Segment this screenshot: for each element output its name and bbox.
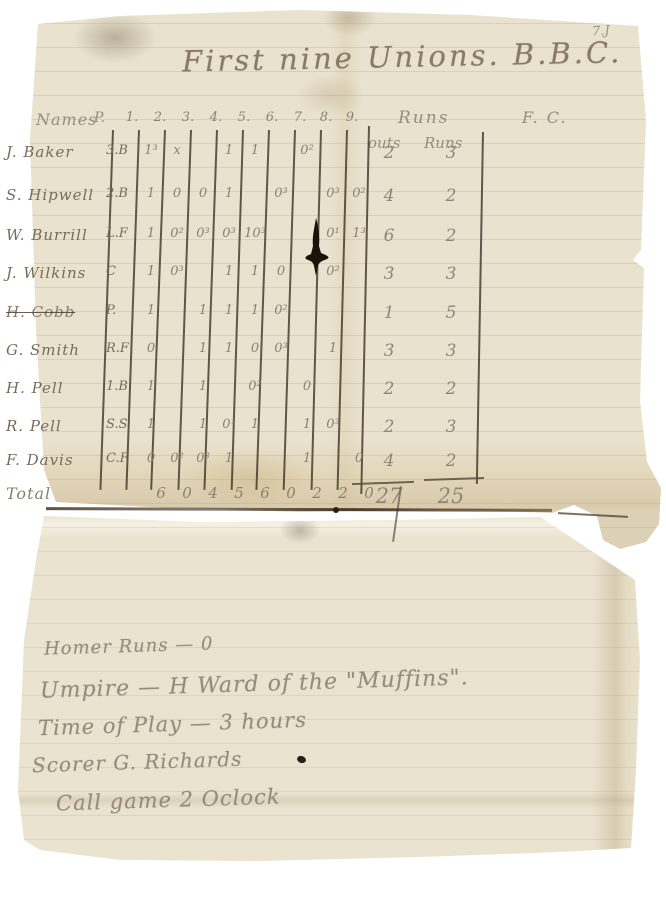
totals-label: Total xyxy=(6,484,106,503)
outs-value: 2 xyxy=(366,143,412,163)
inning-mark: 0² xyxy=(242,379,268,394)
inning-total: 2 xyxy=(330,484,356,502)
ink-dot xyxy=(333,507,339,513)
outs-value: 4 xyxy=(366,451,412,471)
total-runs: 25 xyxy=(426,484,476,508)
player-position: R.F xyxy=(106,341,140,356)
inning-mark: 1 xyxy=(216,143,242,158)
inning-mark: 1 xyxy=(242,417,268,432)
inning-mark: 0³ xyxy=(216,226,242,241)
runs-value: 2 xyxy=(426,379,476,399)
player-name: F. Davis xyxy=(6,451,106,469)
total-outs: 27 xyxy=(366,484,412,508)
inning-mark: 0² xyxy=(164,226,190,241)
runs-value: 3 xyxy=(426,264,476,284)
inning-mark: 1 xyxy=(242,264,268,279)
inning-mark: 1 xyxy=(294,451,320,466)
inning-mark: 1 xyxy=(216,186,242,201)
table-row: F. Davis C.F 0 0² 0³ 1 1 0 4 2 xyxy=(0,451,666,481)
inning-mark: 1 xyxy=(216,264,242,279)
header-names: Names xyxy=(36,110,97,129)
table-row: H. Pell 1.B 1 1 0² 0 2 2 xyxy=(0,379,666,409)
inning-mark: 1 xyxy=(138,417,164,432)
inning-mark: 0 xyxy=(164,186,190,201)
outs-value: 6 xyxy=(366,226,412,246)
header-inning-2: 2. xyxy=(146,110,174,125)
player-position: P. xyxy=(106,303,140,318)
runs-value: 5 xyxy=(426,303,476,323)
runs-value: 2 xyxy=(426,226,476,246)
inning-mark: 0³ xyxy=(268,341,294,356)
runs-value: 2 xyxy=(426,451,476,471)
runs-value: 3 xyxy=(426,143,476,163)
header-inning-9: 9. xyxy=(338,110,366,125)
header-inning-7: 7. xyxy=(286,110,314,125)
inning-total: 6 xyxy=(148,484,174,502)
player-position: S.S xyxy=(106,417,140,432)
runs-value: 3 xyxy=(426,341,476,361)
inning-mark: 0² xyxy=(294,143,320,158)
inning-mark: 1 xyxy=(216,341,242,356)
player-name: J. Wilkins xyxy=(6,264,106,282)
player-name: W. Burrill xyxy=(6,226,106,244)
header-position: P. xyxy=(94,110,105,126)
scoresheet-photo: 7.J First nine Unions. B.B.C. Names P. 1… xyxy=(0,0,666,900)
inning-mark: 0 xyxy=(268,264,294,279)
outs-value: 3 xyxy=(366,341,412,361)
table-row: G. Smith R.F 0 1 1 0 0³ 1 3 3 xyxy=(0,341,666,371)
outs-value: 3 xyxy=(366,264,412,284)
player-name: J. Baker xyxy=(6,143,106,161)
player-name: G. Smith xyxy=(6,341,106,359)
inning-mark: 1 xyxy=(138,303,164,318)
inning-mark: 0³ xyxy=(190,451,216,466)
inning-mark: 1 xyxy=(190,303,216,318)
player-position: C xyxy=(106,264,140,279)
ink-blot xyxy=(302,216,332,278)
header-inning-4: 4. xyxy=(202,110,230,125)
inning-mark: 1 xyxy=(190,379,216,394)
inning-mark: 0³ xyxy=(320,417,346,432)
inning-mark: 1³ xyxy=(138,143,164,158)
table-row: J. Baker 3.B 1³ x 1 1 0² 2 3 xyxy=(0,143,666,173)
player-name: H. Pell xyxy=(6,379,106,397)
table-row: R. Pell S.S 1 1 0¹ 1 1 0³ 2 3 xyxy=(0,417,666,447)
player-position: 1.B xyxy=(106,379,140,394)
outs-value: 4 xyxy=(366,186,412,206)
inning-mark: 0² xyxy=(268,303,294,318)
inning-mark: 0³ xyxy=(268,186,294,201)
player-name: R. Pell xyxy=(6,417,106,435)
inning-total: 0 xyxy=(278,484,304,502)
outs-value: 2 xyxy=(366,417,412,437)
inning-total: 2 xyxy=(304,484,330,502)
inning-mark: 1 xyxy=(216,451,242,466)
table-row: S. Hipwell 2.B 1 0 0 1 0³ 0³ 0² 4 2 xyxy=(0,186,666,216)
table-row: H. Cobb P. 1 1 1 1 0² 1 5 xyxy=(0,303,666,333)
header-inning-8: 8. xyxy=(312,110,340,125)
table-row: W. Burrill L.F 1 0² 0³ 0³ 10³ 0¹ 1³ 6 2 xyxy=(0,226,666,256)
player-name: H. Cobb xyxy=(6,303,106,321)
inning-total: 4 xyxy=(200,484,226,502)
player-position: 3.B xyxy=(106,143,140,158)
inning-mark: 1 xyxy=(138,264,164,279)
player-name: S. Hipwell xyxy=(6,186,106,204)
outs-value: 2 xyxy=(366,379,412,399)
inning-mark: 0 xyxy=(294,379,320,394)
inning-mark: 0² xyxy=(164,451,190,466)
header-runs: Runs xyxy=(398,108,449,128)
inning-mark: 1 xyxy=(242,143,268,158)
inning-mark: x xyxy=(164,143,190,158)
inning-total: 5 xyxy=(226,484,252,502)
inning-mark: 0 xyxy=(242,341,268,356)
inning-mark: 1 xyxy=(138,186,164,201)
inning-mark: 1 xyxy=(138,379,164,394)
inning-mark: 0³ xyxy=(164,264,190,279)
header-fc: F. C. xyxy=(522,108,568,127)
header-inning-3: 3. xyxy=(174,110,202,125)
inning-mark: 1 xyxy=(320,341,346,356)
table-row: J. Wilkins C 1 0³ 1 1 0 0² 3 3 xyxy=(0,264,666,294)
inning-mark: 0 xyxy=(138,341,164,356)
runs-value: 2 xyxy=(426,186,476,206)
inning-mark: 10³ xyxy=(242,226,268,241)
inning-mark: 1 xyxy=(138,226,164,241)
player-position: C.F xyxy=(106,451,140,466)
inning-mark: 1 xyxy=(190,417,216,432)
player-position: 2.B xyxy=(106,186,140,201)
inning-mark: 1 xyxy=(242,303,268,318)
inning-mark: 1 xyxy=(294,417,320,432)
player-position: L.F xyxy=(106,226,140,241)
header-inning-5: 5. xyxy=(230,110,258,125)
inning-mark: 1 xyxy=(216,303,242,318)
runs-value: 3 xyxy=(426,417,476,437)
inning-mark: 0 xyxy=(190,186,216,201)
header-inning-1: 1. xyxy=(118,110,146,125)
inning-total: 0 xyxy=(174,484,200,502)
header-inning-6: 6. xyxy=(258,110,286,125)
inning-mark: 0³ xyxy=(320,186,346,201)
inning-mark: 0¹ xyxy=(216,417,242,432)
inning-total: 6 xyxy=(252,484,278,502)
outs-value: 1 xyxy=(366,303,412,323)
inning-mark: 0³ xyxy=(190,226,216,241)
inning-mark: 1 xyxy=(190,341,216,356)
inning-mark: 0 xyxy=(138,451,164,466)
